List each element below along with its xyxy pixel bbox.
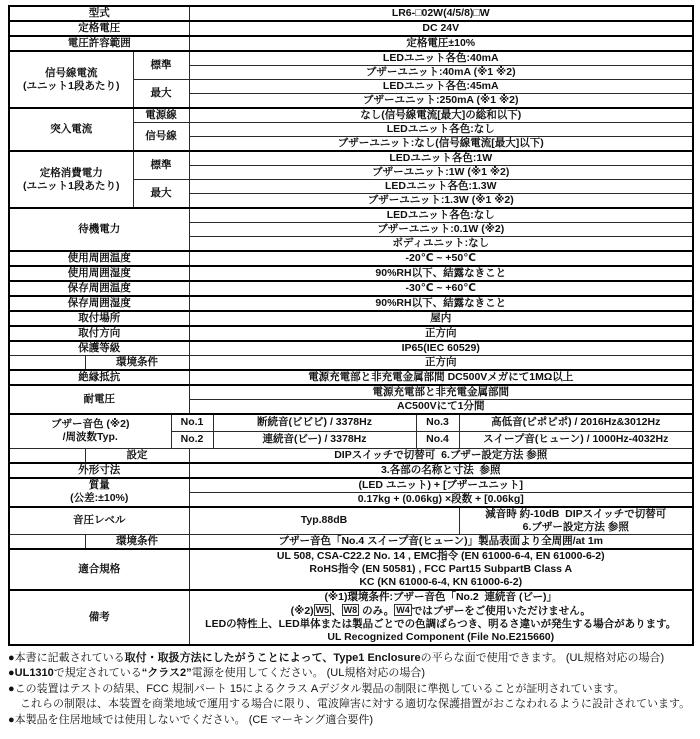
spec-text-line: 減音時 約-10dB DIPスイッチで切替可 [462, 508, 691, 521]
table-row: 外形寸法3.各部の名称と寸法 参照 [9, 463, 693, 478]
spec-text-line: No.2 [174, 433, 211, 446]
spec-row-label: 保存周囲温度 [9, 281, 189, 296]
spec-row-label: 適合規格 [9, 549, 189, 590]
spec-text-line: 保存周囲温度 [12, 282, 187, 295]
spec-row-value: 断続音(ビビビ) / 3378Hz [213, 414, 416, 431]
spec-row-value: (LED ユニット) + [ブザーユニット] [189, 478, 693, 493]
footer-note: これらの制限は、本装置を商業地域で運用する場合に限り、電波障害に対する適切な保護… [8, 697, 693, 713]
spec-text-line: 質量 [12, 479, 187, 492]
spec-row-label: 取付場所 [9, 311, 189, 326]
spec-text-line: -30℃ ~ +60℃ [192, 282, 691, 295]
spec-row-sublabel: 電源線 [133, 108, 189, 123]
spec-text-line: 音圧レベル [12, 514, 187, 527]
table-row: 環境条件正方向 [9, 356, 693, 371]
spec-text-line: (ユニット1段あたり) [12, 80, 131, 93]
spec-row-value: ブザーユニット:40mA (※1 ※2) [189, 66, 693, 80]
spec-text-line: No.3 [419, 416, 457, 429]
spec-text-line: LEDユニット各色:40mA [192, 52, 691, 65]
spec-text-line: LEDユニット各色:なし [192, 123, 691, 136]
spec-text-line: 電源充電部と非充電金属部間 DC500Vメガにて1MΩ以上 [192, 371, 691, 384]
spec-row-value: UL 508, CSA-C22.2 No. 14 , EMC指令 (EN 610… [189, 549, 693, 590]
spec-row-label: ブザー音色 (※2)/周波数Typ. [9, 414, 171, 448]
table-row: 保存周囲温度-30℃ ~ +60℃ [9, 281, 693, 296]
table-row: 型式LR6-□02W(4/5/8)□W [9, 6, 693, 21]
spec-text-line: ブザーユニット:0.1W (※2) [192, 223, 691, 236]
spec-row-sublabel: 最大 [133, 80, 189, 109]
spec-row-sublabel: 標準 [133, 51, 189, 80]
spec-text-line: 定格電圧±10% [192, 37, 691, 50]
spec-text-line: 電源線 [136, 109, 187, 122]
spec-row-sublabel: No.2 [171, 431, 213, 448]
table-row: 待機電力LEDユニット各色:なし [9, 208, 693, 223]
spec-row-value: LEDユニット各色:45mA [189, 80, 693, 94]
spec-text-line: ブザーユニット:250mA (※1 ※2) [192, 94, 691, 107]
spec-text-line: (ユニット1段あたり) [12, 180, 131, 193]
spec-text-line: RoHS指令 (EN 50581) , FCC Part15 SubpartB … [192, 563, 691, 576]
spec-text-line: ブザーユニット:なし(信号線電流[最大]以下) [192, 137, 691, 150]
spec-row-label: 使用周囲温度 [9, 251, 189, 266]
spec-text-line: LR6-□02W(4/5/8)□W [192, 7, 691, 20]
spec-text-line: (公差:±10%) [12, 492, 187, 505]
spec-text-line: 環境条件 [88, 535, 187, 548]
spec-text-line: 定格消費電力 [12, 167, 131, 180]
spec-row-value: LEDユニット各色:なし [189, 208, 693, 223]
table-row: 絶縁抵抗電源充電部と非充電金属部間 DC500Vメガにて1MΩ以上 [9, 370, 693, 385]
spec-text-line: 90%RH以下、結露なきこと [192, 267, 691, 280]
spec-text-line: 90%RH以下、結露なきこと [192, 297, 691, 310]
spec-text-line: 環境条件 [88, 356, 187, 369]
spec-row-value: Typ.88dB [189, 507, 459, 535]
spec-row-label: 突入電流 [9, 108, 133, 151]
spec-empty-cell [9, 534, 85, 549]
spec-text-line: LEDユニット各色:1W [192, 152, 691, 165]
spec-text-line: 電圧許容範囲 [12, 37, 187, 50]
spec-row-value: LEDユニット各色:なし [189, 123, 693, 137]
spec-text-line: 取付場所 [12, 312, 187, 325]
spec-text-line: 使用周囲温度 [12, 252, 187, 265]
spec-text-line: ボディユニット:なし [192, 237, 691, 250]
table-row: 取付方向正方向 [9, 326, 693, 341]
spec-row-label: 使用周囲湿度 [9, 266, 189, 281]
spec-text-line: 信号線電流 [12, 67, 131, 80]
spec-text-line: -20℃ ~ +50℃ [192, 252, 691, 265]
spec-text-line: DIPスイッチで切替可 6.ブザー設定方法 参照 [192, 449, 691, 462]
spec-text-line: DC 24V [192, 22, 691, 35]
spec-table: 型式LR6-□02W(4/5/8)□W定格電圧DC 24V電圧許容範囲定格電圧±… [8, 5, 694, 646]
spec-text-line: AC500Vにて1分間 [192, 400, 691, 413]
spec-row-value: -20℃ ~ +50℃ [189, 251, 693, 266]
spec-row-label: 備考 [9, 590, 189, 645]
spec-row-value: 減音時 約-10dB DIPスイッチで切替可6.ブザー設定方法 参照 [459, 507, 693, 535]
footer-notes: ●本書に記載されている取付・取扱方法にしたがうことによって、Type1 Encl… [8, 651, 693, 729]
spec-text-line: 適合規格 [12, 563, 187, 576]
spec-text-line: 最大 [136, 87, 187, 100]
spec-row-label: 定格消費電力(ユニット1段あたり) [9, 151, 133, 208]
table-row: 電圧許容範囲定格電圧±10% [9, 36, 693, 51]
spec-text-line: 突入電流 [12, 123, 131, 136]
spec-row-value: DIPスイッチで切替可 6.ブザー設定方法 参照 [189, 448, 693, 463]
spec-row-label: 環境条件 [85, 356, 189, 371]
table-row: 取付場所屋内 [9, 311, 693, 326]
spec-text-line: LEDユニット各色:1.3W [192, 180, 691, 193]
spec-row-value: ブザー音色「No.4 スイープ音(ヒューン)」製品表面より全周囲/at 1m [189, 534, 693, 549]
spec-text-line: 型式 [12, 7, 187, 20]
spec-row-value: DC 24V [189, 21, 693, 36]
table-row: 耐電圧電源充電部と非充電金属部間 [9, 385, 693, 400]
table-row: 使用周囲湿度90%RH以下、結露なきこと [9, 266, 693, 281]
spec-row-label: 待機電力 [9, 208, 189, 251]
spec-row-value: ブザーユニット:1W (※1 ※2) [189, 166, 693, 180]
spec-row-label: 環境条件 [85, 534, 189, 549]
spec-row-value: ブザーユニット:0.1W (※2) [189, 223, 693, 237]
spec-row-value: IP65(IEC 60529) [189, 341, 693, 356]
spec-row-value: LEDユニット各色:1W [189, 151, 693, 166]
spec-row-label: 保護等級 [9, 341, 189, 356]
spec-text-line: 取付方向 [12, 327, 187, 340]
footer-note: ●本製品を住居地域では使用しないでください。 (CE マーキング適合要件) [8, 713, 693, 729]
spec-text-line: IP65(IEC 60529) [192, 342, 691, 355]
spec-text-line: 定格電圧 [12, 22, 187, 35]
spec-row-label: 型式 [9, 6, 189, 21]
spec-row-sublabel: 最大 [133, 180, 189, 209]
spec-row-value: 3.各部の名称と寸法 参照 [189, 463, 693, 478]
spec-text-line: KC (KN 61000-6-4, KN 61000-6-2) [192, 576, 691, 589]
table-row: 環境条件ブザー音色「No.4 スイープ音(ヒューン)」製品表面より全周囲/at … [9, 534, 693, 549]
spec-text-line: 保護等級 [12, 342, 187, 355]
spec-text-line: (LED ユニット) + [ブザーユニット] [192, 479, 691, 492]
spec-text-line: 耐電圧 [12, 393, 187, 406]
spec-text-line: 6.ブザー設定方法 参照 [462, 521, 691, 534]
spec-text-line: 保存周囲湿度 [12, 297, 187, 310]
spec-text-line: No.4 [419, 433, 457, 446]
spec-text-line: 備考 [12, 611, 187, 624]
spec-text-line: LEDユニット各色:なし [192, 209, 691, 222]
boxed-model-code: W5 [314, 604, 332, 616]
spec-row-value: LR6-□02W(4/5/8)□W [189, 6, 693, 21]
spec-text-line: ブザーユニット:40mA (※1 ※2) [192, 66, 691, 79]
spec-row-value: 正方向 [189, 326, 693, 341]
spec-row-value: 正方向 [189, 356, 693, 371]
spec-row-label: 電圧許容範囲 [9, 36, 189, 51]
table-row: 適合規格UL 508, CSA-C22.2 No. 14 , EMC指令 (EN… [9, 549, 693, 590]
spec-text-line: 正方向 [192, 327, 691, 340]
spec-row-value: ボディユニット:なし [189, 237, 693, 252]
table-row: 音圧レベルTyp.88dB減音時 約-10dB DIPスイッチで切替可6.ブザー… [9, 507, 693, 535]
table-row: 定格電圧DC 24V [9, 21, 693, 36]
spec-text-line: UL 508, CSA-C22.2 No. 14 , EMC指令 (EN 610… [192, 550, 691, 563]
spec-text-line: 断続音(ビビビ) / 3378Hz [216, 416, 414, 429]
spec-row-value: 電源充電部と非充電金属部間 DC500Vメガにて1MΩ以上 [189, 370, 693, 385]
spec-text-line: 標準 [136, 159, 187, 172]
spec-text-line: /周波数Typ. [12, 431, 169, 444]
spec-row-value: 90%RH以下、結露なきこと [189, 296, 693, 311]
spec-row-label: 音圧レベル [9, 507, 189, 535]
spec-row-value: なし(信号線電流[最大]の総和以下) [189, 108, 693, 123]
spec-text-line: スイープ音(ヒューン) / 1000Hz-4032Hz [462, 433, 691, 446]
spec-row-value: ブザーユニット:1.3W (※1 ※2) [189, 194, 693, 209]
spec-row-value: -30℃ ~ +60℃ [189, 281, 693, 296]
table-row: 保存周囲湿度90%RH以下、結露なきこと [9, 296, 693, 311]
spec-text-line: 0.17kg + (0.06kg) ×段数 + [0.06kg] [192, 493, 691, 506]
spec-row-value: 90%RH以下、結露なきこと [189, 266, 693, 281]
spec-row-sublabel: 信号線 [133, 123, 189, 152]
spec-text-line: UL Recognized Component (File No.E215660… [192, 631, 691, 644]
spec-sheet-page: 型式LR6-□02W(4/5/8)□W定格電圧DC 24V電圧許容範囲定格電圧±… [0, 0, 700, 739]
spec-text-line: ブザーユニット:1.3W (※1 ※2) [192, 194, 691, 207]
spec-row-sublabel: No.3 [416, 414, 459, 431]
spec-text-line: 標準 [136, 59, 187, 72]
boxed-model-code: W8 [342, 604, 360, 616]
spec-row-label: 定格電圧 [9, 21, 189, 36]
table-row: 質量(公差:±10%)(LED ユニット) + [ブザーユニット] [9, 478, 693, 493]
table-row: 突入電流電源線なし(信号線電流[最大]の総和以下) [9, 108, 693, 123]
spec-row-label: 質量(公差:±10%) [9, 478, 189, 507]
spec-text-line: 絶縁抵抗 [12, 371, 187, 384]
spec-text-line: (※2)W5、W8 のみ。W4ではブザーをご使用いただけません。 [192, 604, 691, 618]
spec-text-line: 最大 [136, 187, 187, 200]
spec-row-value: 電源充電部と非充電金属部間 [189, 385, 693, 400]
spec-row-value: 連続音(ビー) / 3378Hz [213, 431, 416, 448]
table-row: ブザー音色 (※2)/周波数Typ.No.1断続音(ビビビ) / 3378HzN… [9, 414, 693, 431]
spec-row-value: 高低音(ピポピポ) / 2016Hz&3012Hz [459, 414, 693, 431]
spec-row-value: 屋内 [189, 311, 693, 326]
table-row: 信号線電流(ユニット1段あたり)標準LEDユニット各色:40mA [9, 51, 693, 66]
spec-text-line: 信号線 [136, 130, 187, 143]
spec-row-label: 保存周囲湿度 [9, 296, 189, 311]
spec-row-value: ブザーユニット:250mA (※1 ※2) [189, 94, 693, 109]
footer-note: ●この装置はテストの結果、FCC 規制パート 15によるクラス Aデジタル製品の… [8, 682, 693, 698]
spec-row-sublabel: No.4 [416, 431, 459, 448]
spec-row-value: (※1)環境条件:ブザー音色「No.2 連続音 (ビー)」(※2)W5、W8 の… [189, 590, 693, 645]
spec-row-value: 定格電圧±10% [189, 36, 693, 51]
spec-row-label: 絶縁抵抗 [9, 370, 189, 385]
spec-row-value: LEDユニット各色:1.3W [189, 180, 693, 194]
table-row: 設定DIPスイッチで切替可 6.ブザー設定方法 参照 [9, 448, 693, 463]
spec-text-line: 3.各部の名称と寸法 参照 [192, 464, 691, 477]
spec-text-line: 連続音(ビー) / 3378Hz [216, 433, 414, 446]
spec-row-label: 耐電圧 [9, 385, 189, 414]
table-row: 使用周囲温度-20℃ ~ +50℃ [9, 251, 693, 266]
table-row: 備考(※1)環境条件:ブザー音色「No.2 連続音 (ビー)」(※2)W5、W8… [9, 590, 693, 645]
spec-text-line: 使用周囲湿度 [12, 267, 187, 280]
spec-text-line: なし(信号線電流[最大]の総和以下) [192, 109, 691, 122]
table-row: 定格消費電力(ユニット1段あたり)標準LEDユニット各色:1W [9, 151, 693, 166]
spec-empty-cell [9, 356, 85, 371]
spec-row-label: 設定 [85, 448, 189, 463]
spec-text-line: 設定 [88, 449, 187, 462]
spec-row-sublabel: No.1 [171, 414, 213, 431]
spec-text-line: No.1 [174, 416, 211, 429]
spec-text-line: 屋内 [192, 312, 691, 325]
table-row: 保護等級IP65(IEC 60529) [9, 341, 693, 356]
spec-row-sublabel: 標準 [133, 151, 189, 180]
spec-empty-cell [9, 448, 85, 463]
spec-row-value: ブザーユニット:なし(信号線電流[最大]以下) [189, 137, 693, 152]
spec-text-line: (※1)環境条件:ブザー音色「No.2 連続音 (ビー)」 [192, 591, 691, 604]
spec-row-label: 信号線電流(ユニット1段あたり) [9, 51, 133, 108]
spec-row-value: LEDユニット各色:40mA [189, 51, 693, 66]
spec-text-line: LEDの特性上、LED単体または製品ごとでの色調ばらつき、明るさ違いが発生する場… [192, 618, 691, 631]
spec-row-value: AC500Vにて1分間 [189, 400, 693, 415]
spec-row-label: 外形寸法 [9, 463, 189, 478]
footer-note: ●UL1310で規定されている“クラス2”電源を使用してください。 (UL規格対… [8, 666, 693, 682]
spec-text-line: 正方向 [192, 356, 691, 369]
footer-note: ●本書に記載されている取付・取扱方法にしたがうことによって、Type1 Encl… [8, 651, 693, 667]
spec-text-line: Typ.88dB [192, 514, 457, 527]
spec-text-line: 高低音(ピポピポ) / 2016Hz&3012Hz [462, 416, 691, 429]
spec-text-line: ブザーユニット:1W (※1 ※2) [192, 166, 691, 179]
boxed-model-code: W4 [394, 604, 412, 616]
spec-row-value: スイープ音(ヒューン) / 1000Hz-4032Hz [459, 431, 693, 448]
spec-text-line: LEDユニット各色:45mA [192, 80, 691, 93]
spec-text-line: ブザー音色 (※2) [12, 418, 169, 431]
spec-text-line: 外形寸法 [12, 464, 187, 477]
spec-text-line: 電源充電部と非充電金属部間 [192, 386, 691, 399]
spec-text-line: 待機電力 [12, 223, 187, 236]
spec-row-value: 0.17kg + (0.06kg) ×段数 + [0.06kg] [189, 492, 693, 507]
spec-row-label: 取付方向 [9, 326, 189, 341]
spec-text-line: ブザー音色「No.4 スイープ音(ヒューン)」製品表面より全周囲/at 1m [192, 535, 691, 548]
